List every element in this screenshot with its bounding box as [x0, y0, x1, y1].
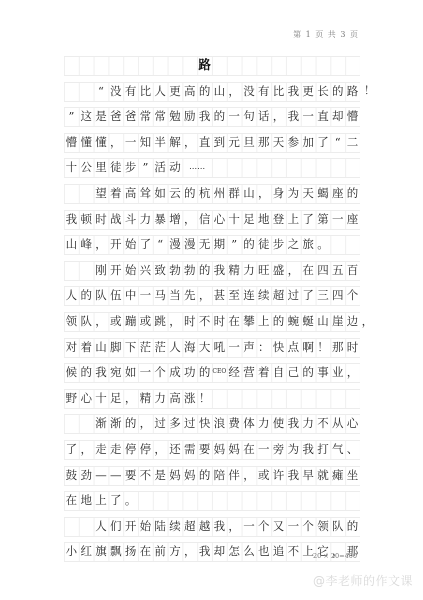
grid-cell: 或 — [138, 312, 153, 330]
grid-cell: 这 — [79, 107, 94, 125]
grid-cell: 加 — [301, 133, 316, 151]
grid-cell — [330, 56, 345, 74]
grid-cell: 旺 — [256, 261, 271, 279]
grid-cell: 的 — [271, 312, 286, 330]
grid-cell — [271, 56, 286, 74]
grid-cell: 云 — [168, 184, 183, 202]
grid-cell: 大 — [197, 338, 212, 356]
grid-cell: 们 — [108, 517, 123, 535]
grid-cell: 的 — [197, 82, 212, 100]
grid-cell: 不 — [197, 312, 212, 330]
grid-cell: 着 — [256, 363, 271, 381]
grid-cell — [316, 56, 331, 74]
grid-cell: “ — [94, 82, 109, 100]
grid-cell: 常 — [153, 107, 168, 125]
grid-cell: 力 — [242, 261, 257, 279]
grid-cell: 扬 — [123, 542, 138, 560]
grid-cell: 之 — [286, 235, 301, 253]
grid-cell: 却 — [212, 542, 227, 560]
grid-cell: 过 — [286, 286, 301, 304]
grid-cell: 足 — [108, 389, 123, 407]
watermark: @李老师的作文课 — [313, 572, 413, 589]
grid-cell: 旅 — [301, 235, 316, 253]
grid-cell: 队 — [330, 517, 345, 535]
row-text: 对着山脚下茫茫人海大吼一声：快点啊！那时 — [64, 338, 360, 356]
grid-cell: 力 — [153, 389, 168, 407]
grid-cell: 懂 — [79, 133, 94, 151]
row-text: 人的队伍中一马当先，甚至连续超过了三四个 — [64, 286, 360, 304]
grid-cell: 懵 — [345, 107, 360, 125]
grid-cell: 兴 — [138, 261, 153, 279]
grid-cell: 也 — [256, 542, 271, 560]
grid-cell: 越 — [197, 517, 212, 535]
grid-cell — [79, 56, 94, 74]
grid-cell: 我 — [212, 261, 227, 279]
grid-cell — [64, 184, 79, 202]
text-row: 刚开始兴致勃勃的我精力旺盛，在四五百 — [64, 257, 360, 283]
grid-cell: 吼 — [212, 338, 227, 356]
grid-cell: 那 — [256, 133, 271, 151]
grid-cell: 解 — [168, 133, 183, 151]
row-text: 刚开始兴致勃勃的我精力旺盛，在四五百 — [64, 261, 360, 279]
grid-cell: 对 — [64, 338, 79, 356]
grid-cell: ， — [256, 184, 271, 202]
grid-cell: 致 — [153, 261, 168, 279]
grid-cell: 着 — [108, 184, 123, 202]
grid-cell: 上 — [256, 312, 271, 330]
grid-cell: 更 — [301, 82, 316, 100]
grid-cell: ， — [123, 389, 138, 407]
grid-cell: 蹦 — [123, 312, 138, 330]
grid-cell: 登 — [271, 210, 286, 228]
grid-cell — [64, 261, 79, 279]
text-row: 对着山脚下茫茫人海大吼一声：快点啊！那时 — [64, 334, 360, 360]
grid-cell: ， — [345, 363, 360, 381]
grid-cell: 十 — [64, 158, 79, 176]
grid-cell: 打 — [316, 440, 331, 458]
grid-cell: 我 — [212, 517, 227, 535]
text-row: ”这是爸爸常常勉励我的一句话，我一直却懵 — [64, 103, 360, 129]
grid-cell: 斗 — [123, 210, 138, 228]
grid-cell: 海 — [182, 338, 197, 356]
grid-cell: 或 — [108, 312, 123, 330]
grid-cell: 始 — [123, 261, 138, 279]
grid-cell: 在 — [138, 542, 153, 560]
grid-cell: 高 — [168, 389, 183, 407]
text-row: 望着高耸如云的杭州群山，身为天蝎座的 — [64, 180, 360, 206]
grid-cell: 高 — [182, 82, 197, 100]
grid-cell: ， — [197, 286, 212, 304]
grid-cell: 开 — [123, 517, 138, 535]
grid-cell: 步 — [123, 158, 138, 176]
grid-cell: 到 — [212, 133, 227, 151]
grid-cell: 三 — [316, 286, 331, 304]
grid-cell: ， — [138, 414, 153, 432]
row-text: ”这是爸爸常常勉励我的一句话，我一直却懵 — [64, 107, 360, 125]
grid-cell: 过 — [153, 414, 168, 432]
row-text: 野心十足，精力高涨！ — [64, 389, 360, 407]
grid-cell: 山 — [212, 82, 227, 100]
grid-cell — [108, 56, 123, 74]
grid-cell: 队 — [94, 286, 109, 304]
grid-cell: 无 — [197, 235, 212, 253]
grid-cell: 走 — [108, 440, 123, 458]
grid-cell: 座 — [345, 210, 360, 228]
grid-cell — [301, 56, 316, 74]
grid-cell: 浪 — [212, 414, 227, 432]
grid-cell: CEO — [212, 363, 227, 381]
grid-cell: 我 — [64, 210, 79, 228]
grid-cell: 一 — [227, 107, 242, 125]
grid-cell: 成 — [168, 363, 183, 381]
grid-cell: 先 — [182, 286, 197, 304]
text-row: 山峰，开始了“漫漫无期”的徒步之旅。 — [64, 231, 360, 257]
grid-cell: 爸 — [123, 107, 138, 125]
grid-cell: 心 — [345, 414, 360, 432]
grid-cell: 多 — [168, 414, 183, 432]
grid-cell: 地 — [256, 210, 271, 228]
grid-cell: 个 — [256, 517, 271, 535]
row-text: 候的我宛如一个成功的CEO经营着自己的事业， — [64, 363, 360, 381]
grid-cell: 是 — [153, 466, 168, 484]
grid-cell: 杭 — [197, 184, 212, 202]
text-row: 人的队伍中一马当先，甚至连续超过了三四个 — [64, 282, 360, 308]
grid-cell: 的 — [345, 184, 360, 202]
grid-cell: 如 — [123, 363, 138, 381]
grid-cell: 在 — [242, 440, 257, 458]
grid-cell: 勉 — [168, 107, 183, 125]
grid-cell: 座 — [330, 184, 345, 202]
grid-cell: 啊 — [301, 338, 316, 356]
grid-count-footer: 20 × 20=400 — [313, 552, 357, 560]
grid-cell: 漫 — [182, 235, 197, 253]
grid-cell: 徒 — [108, 158, 123, 176]
row-text: 山峰，开始了“漫漫无期”的徒步之旅。 — [64, 235, 360, 253]
grid-cell: 公 — [79, 158, 94, 176]
grid-cell: 体 — [242, 414, 257, 432]
grid-cell: ， — [360, 312, 375, 330]
grid-cell: 了 — [301, 210, 316, 228]
grid-cell: 茫 — [153, 338, 168, 356]
grid-cell: 半 — [153, 133, 168, 151]
grid-cell: 渐 — [108, 414, 123, 432]
grid-cell: 一 — [138, 286, 153, 304]
grid-cell: 开 — [108, 261, 123, 279]
grid-cell: 一 — [138, 363, 153, 381]
grid-cell: ， — [271, 107, 286, 125]
grid-cell: 力 — [301, 414, 316, 432]
grid-cell: 要 — [123, 466, 138, 484]
row-text: 路 — [64, 56, 360, 74]
grid-cell: 十 — [227, 210, 242, 228]
text-row: 渐渐的，过多过快浪费体力使我力不从心 — [64, 410, 360, 436]
grid-cell: 还 — [168, 440, 183, 458]
grid-cell: ， — [94, 235, 109, 253]
grid-cell: 身 — [271, 184, 286, 202]
grid-cell: 了 — [108, 491, 123, 509]
grid-cell: 的 — [197, 466, 212, 484]
grid-cell: 十 — [94, 389, 109, 407]
grid-cell: 懂 — [94, 133, 109, 151]
grid-cell: 有 — [256, 82, 271, 100]
grid-cell: 跳 — [153, 312, 168, 330]
grid-cell: 时 — [182, 312, 197, 330]
grid-cell: 一 — [242, 517, 257, 535]
grid-cell: 勃 — [182, 261, 197, 279]
grid-cell: 不 — [316, 414, 331, 432]
text-row: “没有比人更高的山，没有比我更长的路！ — [64, 78, 360, 104]
grid-cell: 时 — [212, 312, 227, 330]
grid-cell: 早 — [301, 466, 316, 484]
grid-cell — [286, 56, 301, 74]
grid-cell: 己 — [286, 363, 301, 381]
grid-cell: 我 — [286, 107, 301, 125]
grid-cell: 中 — [123, 286, 138, 304]
grid-cell: 路 — [345, 82, 360, 100]
grid-cell: 人 — [94, 517, 109, 535]
grid-cell: 没 — [108, 82, 123, 100]
grid-cell: 上 — [94, 491, 109, 509]
grid-cell: 候 — [64, 363, 79, 381]
grid-cell: 第 — [316, 210, 331, 228]
grid-cell: 蜿 — [286, 312, 301, 330]
grid-cell: 我 — [94, 363, 109, 381]
grid-cell: 旁 — [271, 440, 286, 458]
grid-cell: 却 — [330, 107, 345, 125]
grid-cell: 步 — [271, 235, 286, 253]
grid-cell: 宛 — [108, 363, 123, 381]
grid-cell: ” — [64, 107, 79, 125]
grid-cell: 力 — [138, 210, 153, 228]
text-row: 十公里徒步”活动…… — [64, 154, 360, 180]
grid-cell — [64, 82, 79, 100]
grid-cell: 业 — [330, 363, 345, 381]
grid-cell: 马 — [153, 286, 168, 304]
grid-cell: 四 — [316, 261, 331, 279]
grid-cell: 营 — [242, 363, 257, 381]
grid-cell: 点 — [286, 338, 301, 356]
grid-cell: 声 — [242, 338, 257, 356]
grid-cell: 瘫 — [330, 466, 345, 484]
row-text: 渐渐的，过多过快浪费体力使我力不从心 — [64, 414, 360, 432]
grid-cell: 快 — [197, 414, 212, 432]
grid-cell: — — [108, 466, 123, 484]
grid-cell: 野 — [64, 389, 79, 407]
grid-cell: 的 — [330, 82, 345, 100]
row-text: 在地上了。 — [64, 491, 360, 509]
grid-cell: 励 — [182, 107, 197, 125]
composition-grid-paper: 路“没有比人更高的山，没有比我更长的路！”这是爸爸常常勉励我的一句话，我一直却懵… — [64, 52, 360, 564]
grid-cell: ， — [286, 261, 301, 279]
grid-cell: 我 — [286, 466, 301, 484]
grid-cell: 一 — [286, 517, 301, 535]
grid-cell: ！ — [197, 389, 212, 407]
grid-cell: 至 — [227, 286, 242, 304]
grid-cell: 怎 — [227, 542, 242, 560]
grid-cell: 常 — [138, 107, 153, 125]
grid-cell: 快 — [271, 338, 286, 356]
grid-cell: 蝎 — [316, 184, 331, 202]
grid-cell: 话 — [256, 107, 271, 125]
grid-cell: 五 — [330, 261, 345, 279]
grid-cell: 山 — [316, 312, 331, 330]
grid-cell: 上 — [286, 210, 301, 228]
grid-cell: 一 — [227, 338, 242, 356]
grid-cell: 一 — [256, 440, 271, 458]
row-text: 领队，或蹦或跳，时不时在攀上的蜿蜒山崖边， — [64, 312, 360, 330]
grid-cell: 领 — [316, 517, 331, 535]
grid-cell: ， — [108, 133, 123, 151]
grid-cell: 崖 — [330, 312, 345, 330]
grid-cell: 比 — [271, 82, 286, 100]
grid-cell: 精 — [227, 261, 242, 279]
grid-cell — [94, 56, 109, 74]
grid-cell — [227, 56, 242, 74]
grid-cell: 过 — [182, 414, 197, 432]
grid-cell — [138, 56, 153, 74]
grid-cell: …… — [182, 158, 212, 176]
grid-cell: 那 — [330, 338, 345, 356]
grid-cell: ” — [227, 235, 242, 253]
grid-cell: 了 — [138, 235, 153, 253]
grid-cell: 妈 — [227, 440, 242, 458]
grid-cell: 山 — [64, 235, 79, 253]
grid-cell: 陪 — [212, 466, 227, 484]
text-row: 候的我宛如一个成功的CEO经营着自己的事业， — [64, 359, 360, 385]
grid-cell — [79, 184, 94, 202]
grid-cell: 的 — [212, 107, 227, 125]
grid-cell: 顿 — [79, 210, 94, 228]
grid-cell: ” — [138, 158, 153, 176]
grid-cell: 伍 — [108, 286, 123, 304]
grid-cell: 续 — [168, 517, 183, 535]
grid-cell: 比 — [138, 82, 153, 100]
grid-cell: 坐 — [345, 466, 360, 484]
grid-cell: ， — [94, 312, 109, 330]
grid-cell: 个 — [301, 517, 316, 535]
grid-cell — [182, 56, 197, 74]
grid-cell: 的 — [242, 235, 257, 253]
grid-cell: 心 — [79, 389, 94, 407]
grid-cell: 茫 — [138, 338, 153, 356]
grid-cell: 蜒 — [301, 312, 316, 330]
grid-cell: 走 — [94, 440, 109, 458]
grid-cell: 方 — [168, 542, 183, 560]
grid-cell: 。 — [123, 491, 138, 509]
grid-cell: 了 — [316, 133, 331, 151]
grid-cell: 始 — [138, 517, 153, 535]
grid-cell: 前 — [153, 542, 168, 560]
grid-cell: 活 — [153, 158, 168, 176]
grid-cell: 下 — [123, 338, 138, 356]
grid-cell: 甚 — [212, 286, 227, 304]
page-number-header: 第 1 页 共 3 页 — [293, 29, 359, 40]
grid-cell: 山 — [242, 184, 257, 202]
grid-cell: — — [94, 466, 109, 484]
grid-cell: 一 — [123, 133, 138, 151]
grid-cell: 的 — [123, 414, 138, 432]
grid-cell: 刚 — [94, 261, 109, 279]
grid-cell: 为 — [286, 184, 301, 202]
grid-cell — [242, 56, 257, 74]
grid-cell: 增 — [168, 210, 183, 228]
grid-cell: 一 — [330, 210, 345, 228]
grid-cell: 队 — [79, 312, 94, 330]
grid-cell: 始 — [123, 235, 138, 253]
grid-cell: 不 — [286, 542, 301, 560]
grid-cell: 四 — [330, 286, 345, 304]
grid-cell: 句 — [242, 107, 257, 125]
grid-cell: 么 — [242, 542, 257, 560]
grid-cell: 又 — [271, 517, 286, 535]
grid-cell: 地 — [79, 491, 94, 509]
grid-cell: 足 — [242, 210, 257, 228]
grid-cell: ！ — [316, 338, 331, 356]
grid-cell: 了 — [64, 440, 79, 458]
grid-cell: 的 — [301, 363, 316, 381]
grid-cell: 使 — [271, 414, 286, 432]
grid-cell: 知 — [138, 133, 153, 151]
grid-cell: 劲 — [79, 466, 94, 484]
grid-cell: 了 — [301, 286, 316, 304]
grid-cell: 州 — [212, 184, 227, 202]
grid-cell: 红 — [79, 542, 94, 560]
grid-cell: ， — [182, 133, 197, 151]
grid-cell: 百 — [345, 261, 360, 279]
grid-cell: 在 — [227, 312, 242, 330]
grid-cell — [79, 517, 94, 535]
grid-cell: 我 — [286, 82, 301, 100]
grid-cell: 就 — [316, 466, 331, 484]
grid-cell: 或 — [256, 466, 271, 484]
grid-cell: 漫 — [168, 235, 183, 253]
row-text: 我顿时战斗力暴增，信心十足地登上了第一座 — [64, 210, 360, 228]
grid-cell: 妈 — [212, 440, 227, 458]
grid-cell: 的 — [197, 363, 212, 381]
grid-cell: 开 — [108, 235, 123, 253]
grid-cell: ， — [153, 440, 168, 458]
grid-cell: ， — [227, 82, 242, 100]
grid-cell: 我 — [286, 414, 301, 432]
grid-cell: 徒 — [256, 235, 271, 253]
grid-cell: 时 — [345, 338, 360, 356]
grid-cell: 我 — [197, 107, 212, 125]
grid-cell: 更 — [168, 82, 183, 100]
text-row: 鼓劲——要不是妈妈的陪伴，或许我早就瘫坐 — [64, 462, 360, 488]
row-text: 望着高耸如云的杭州群山，身为天蝎座的 — [64, 184, 360, 202]
grid-cell: 在 — [64, 491, 79, 509]
grid-cell: 群 — [227, 184, 242, 202]
grid-cell: 战 — [108, 210, 123, 228]
grid-cell: 飘 — [108, 542, 123, 560]
grid-cell: 不 — [138, 466, 153, 484]
grid-cell — [123, 56, 138, 74]
grid-cell: ， — [79, 440, 94, 458]
grid-cell: 元 — [227, 133, 242, 151]
grid-cell: 的 — [197, 261, 212, 279]
text-row: 领队，或蹦或跳，时不时在攀上的蜿蜒山崖边， — [64, 308, 360, 334]
grid-cell: 个 — [345, 286, 360, 304]
grid-cell: 我 — [301, 440, 316, 458]
grid-cell — [79, 414, 94, 432]
grid-cell: 攀 — [242, 312, 257, 330]
grid-cell: 鼓 — [64, 466, 79, 484]
grid-cell: 有 — [123, 82, 138, 100]
grid-cell — [153, 56, 168, 74]
grid-cell: 时 — [94, 210, 109, 228]
grid-cell: ， — [182, 542, 197, 560]
text-row: 在地上了。 — [64, 487, 360, 513]
